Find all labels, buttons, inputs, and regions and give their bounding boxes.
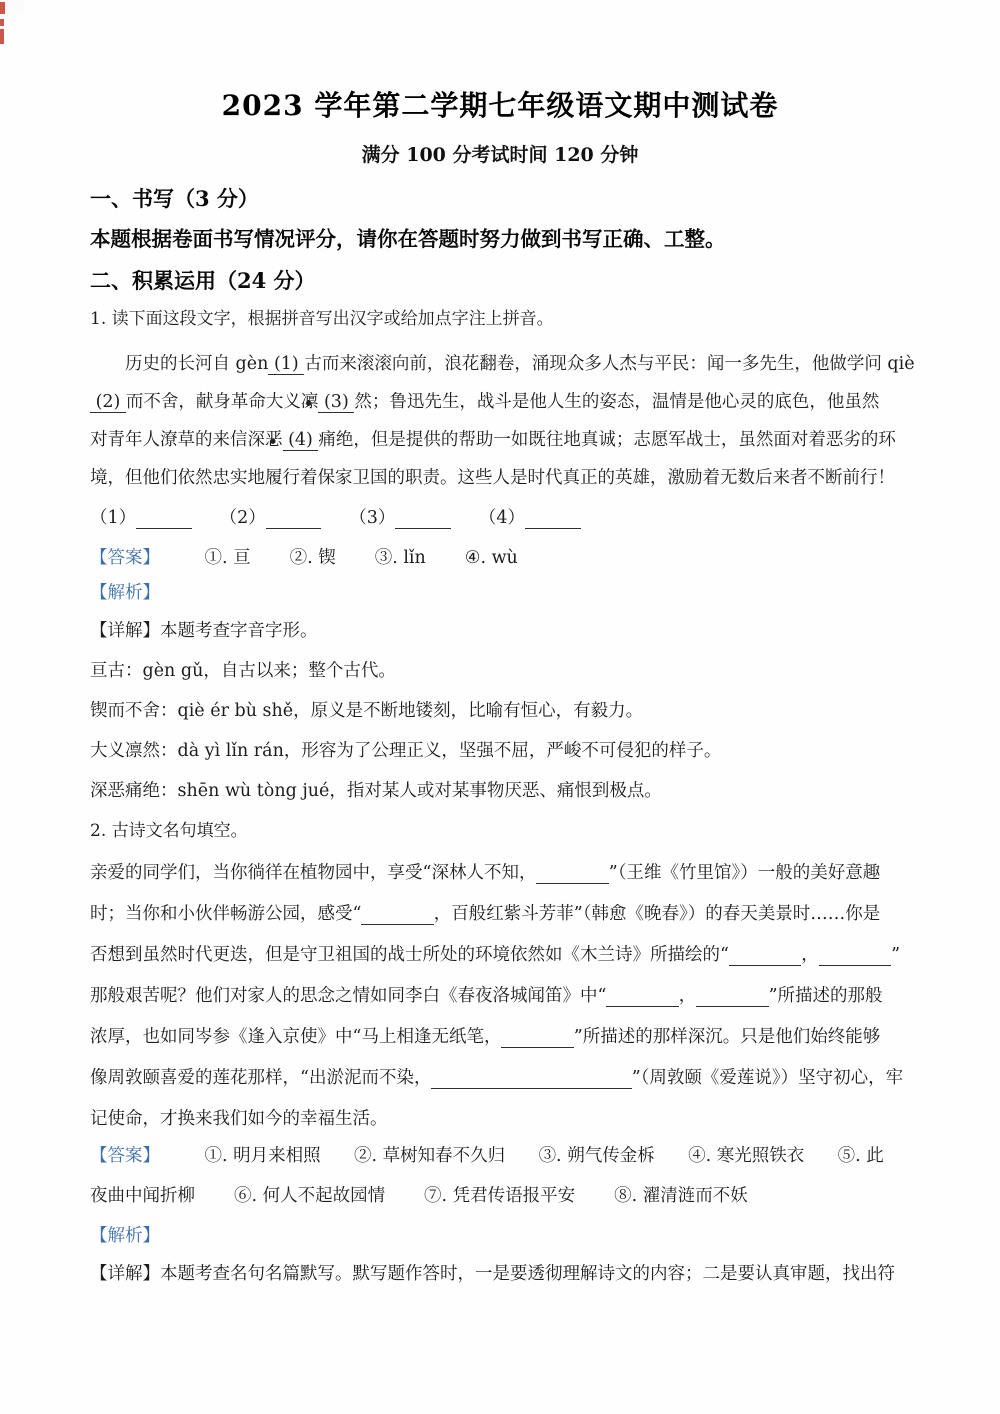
text-line: 对青年人潦草的来信深恶 (4) 痛绝，但是提供的帮助一如既往地真诚；志愿军战士，… bbox=[90, 421, 910, 459]
text-segment: ②. 锲 bbox=[290, 548, 336, 568]
text-segment bbox=[192, 508, 220, 528]
text-segment: 境，但他们依然忠实地履行着保家卫国的职责。这些人是时代真正的英雄，激励着无数后来… bbox=[90, 468, 895, 488]
text-segment: ⑤. 此 bbox=[838, 1146, 884, 1166]
text-line: 记使命，才换来我们如今的幸福生活。 bbox=[90, 1099, 910, 1140]
blank-underline bbox=[525, 508, 581, 529]
text-segment: （1） bbox=[90, 508, 136, 528]
q1-stem: 1. 读下面这段文字，根据拼音写出汉字或给加点字注上拼音。 bbox=[90, 307, 910, 331]
text-segment: 古而来滚滚向前，浪花翻卷，涌现众多人杰与平民：闻一多先生，他做学问 qiè bbox=[304, 354, 914, 374]
text-segment: ” bbox=[891, 945, 900, 965]
page-title: 2023 学年第二学期七年级语文期中测试卷 bbox=[90, 84, 910, 124]
page-subtitle: 满分 100 分考试时间 120 分钟 bbox=[90, 140, 910, 167]
text-segment: 痛绝，但是提供的帮助一如既往地真诚；志愿军战士，虽然面对着恶劣的环 bbox=[318, 430, 896, 450]
text-line: 亲爱的同学们，当你徜徉在植物园中，享受“深林人不知， ”（王维《竹里馆》）一般的… bbox=[90, 853, 910, 894]
text-segment: 那般艰苦呢？他们对家人的思念之情如同李白《春夜洛城闻笛》中“ bbox=[90, 986, 606, 1006]
text-segment: ，百般红紫斗芳菲”（韩愈《晚春》）的春天美景时……你是 bbox=[434, 904, 880, 924]
emphasis-dot-char: 恶 bbox=[265, 430, 283, 450]
text-segment: 像周敦颐喜爱的莲花那样，“出淤泥而不染， bbox=[90, 1068, 431, 1088]
text-line: （1） （2） （3） （4） bbox=[90, 503, 910, 533]
q2-jiexi-label: 【解析】 bbox=[90, 1224, 910, 1248]
q1-answer-row: 【答案】 ①. 亘 ②. 锲 ③. lǐn ④. wù bbox=[90, 543, 910, 573]
text-line: 时；当你和小伙伴畅游公园，感受“ ，百般红紫斗芳菲”（韩愈《晚春》）的春天美景时… bbox=[90, 894, 910, 935]
q1-gloss-shenwutongjue: 深恶痛绝：shēn wù tòng jué，指对某人或对某事物厌恶、痛恨到极点。 bbox=[90, 779, 910, 803]
text-segment bbox=[160, 548, 205, 568]
answer-label: 【答案】 bbox=[90, 548, 160, 568]
text-segment bbox=[160, 1146, 205, 1166]
q2-answer-rows: 【答案】 ①. 明月来相照 ②. 草树知春不久归 ③. 朔气传金柝 ④. 寒光照… bbox=[90, 1136, 910, 1216]
emphasis-dot-char: 凛 bbox=[301, 392, 319, 412]
q1-gloss-dayilinran: 大义凛然：dà yì lǐn rán，形容为了公理正义，坚强不屈，严峻不可侵犯的… bbox=[90, 739, 910, 763]
red-scan-artifact bbox=[0, 29, 4, 44]
blank-underline: (4) bbox=[283, 430, 319, 451]
text-line: 浓厚，也如同岑参《逢入京使》中“马上相逢无纸笔， ”所描述的那样深沉。只是他们始… bbox=[90, 1017, 910, 1058]
blank-underline bbox=[395, 508, 451, 529]
text-line: 像周敦颐喜爱的莲花那样，“出淤泥而不染， ”（周敦颐《爱莲说》）坚守初心，牢 bbox=[90, 1058, 910, 1099]
text-segment bbox=[385, 1186, 424, 1206]
text-segment bbox=[655, 1146, 688, 1166]
text-segment: ④. wù bbox=[465, 548, 518, 568]
text-segment: 时；当你和小伙伴畅游公园，感受“ bbox=[90, 904, 361, 924]
text-segment: 亲爱的同学们，当你徜徉在植物园中，享受“深林人不知， bbox=[90, 863, 536, 883]
text-segment bbox=[426, 548, 465, 568]
text-line: 【答案】 ①. 明月来相照 ②. 草树知春不久归 ③. 朔气传金柝 ④. 寒光照… bbox=[90, 1136, 910, 1176]
text-segment bbox=[505, 1146, 538, 1166]
text-segment bbox=[321, 508, 349, 528]
red-scan-artifact bbox=[0, 19, 4, 26]
text-line: 那般艰苦呢？他们对家人的思念之情如同李白《春夜洛城闻笛》中“ ， ”所描述的那般 bbox=[90, 976, 910, 1017]
text-segment: ④. 寒光照铁衣 bbox=[688, 1146, 804, 1166]
text-line: 夜曲中闻折柳 ⑥. 何人不起故园情 ⑦. 凭君传语报平安 ⑧. 濯清涟而不妖 bbox=[90, 1176, 910, 1216]
blank-underline bbox=[696, 986, 768, 1007]
text-segment: ⑧. 濯清涟而不妖 bbox=[614, 1186, 748, 1206]
blank-underline bbox=[729, 945, 801, 966]
blank-underline bbox=[819, 945, 891, 966]
blank-underline bbox=[431, 1068, 631, 1089]
blank-underline bbox=[136, 508, 192, 529]
red-scan-artifact bbox=[0, 2, 5, 14]
blank-underline bbox=[501, 1027, 573, 1048]
text-segment: 历史的长河自 gèn bbox=[125, 354, 268, 374]
text-segment: ， bbox=[801, 945, 819, 965]
blank-underline bbox=[536, 863, 608, 884]
blank-underline: (3) bbox=[318, 392, 354, 413]
text-segment: 然；鲁迅先生，战斗是他人生的姿态，温情是他心灵的底色，他虽然 bbox=[354, 392, 879, 412]
q2-passage: 亲爱的同学们，当你徜徉在植物园中，享受“深林人不知， ”（王维《竹里馆》）一般的… bbox=[90, 853, 910, 1140]
q1-passage: 历史的长河自 gèn (1) 古而来滚滚向前，浪花翻卷，涌现众多人杰与平民：闻一… bbox=[90, 345, 910, 497]
answer-label: 【答案】 bbox=[90, 1146, 160, 1166]
q1-blanks-row: （1） （2） （3） （4） bbox=[90, 503, 910, 533]
q1-gloss-gengu: 亘古：gèn gǔ，自古以来；整个古代。 bbox=[90, 659, 910, 683]
text-segment: ③. lǐn bbox=[375, 548, 426, 568]
text-line: (2) 而不舍，献身革命大义凛 (3) 然；鲁迅先生，战斗是他人生的姿态，温情是… bbox=[90, 383, 910, 421]
text-segment: ①. 亘 bbox=[205, 548, 251, 568]
text-segment: 否想到虽然时代更迭，但是守卫祖国的战士所处的环境依然如《木兰诗》所描绘的“ bbox=[90, 945, 729, 965]
section-writing-heading: 一、书写（3 分） bbox=[90, 185, 910, 213]
text-segment: 记使命，才换来我们如今的幸福生活。 bbox=[90, 1109, 388, 1129]
q2-stem: 2. 古诗文名句填空。 bbox=[90, 819, 910, 843]
text-segment bbox=[575, 1186, 614, 1206]
text-segment: ”所描述的那样深沉。只是他们始终能够 bbox=[574, 1027, 880, 1047]
text-segment: ③. 朔气传金柝 bbox=[539, 1146, 655, 1166]
blank-underline bbox=[266, 508, 322, 529]
text-line: 否想到虽然时代更迭，但是守卫祖国的战士所处的环境依然如《木兰诗》所描绘的“ ， … bbox=[90, 935, 910, 976]
text-line: 境，但他们依然忠实地履行着保家卫国的职责。这些人是时代真正的英雄，激励着无数后来… bbox=[90, 459, 910, 497]
q1-xiangjie: 【详解】本题考查字音字形。 bbox=[90, 619, 910, 643]
text-segment bbox=[804, 1146, 837, 1166]
text-segment: 夜曲中闻折柳 bbox=[90, 1186, 195, 1206]
text-segment: （3） bbox=[349, 508, 395, 528]
section-accumulation-heading: 二、积累运用（24 分） bbox=[90, 267, 910, 295]
text-line: 【答案】 ①. 亘 ②. 锲 ③. lǐn ④. wù bbox=[90, 543, 910, 573]
text-segment bbox=[321, 1146, 354, 1166]
text-segment bbox=[195, 1186, 234, 1206]
q1-gloss-qieerbushe: 锲而不舍：qiè ér bù shě，原义是不断地镂刻，比喻有恒心，有毅力。 bbox=[90, 699, 910, 723]
text-segment bbox=[451, 508, 479, 528]
blank-underline: (2) bbox=[90, 392, 126, 413]
text-segment: （4） bbox=[479, 508, 525, 528]
q1-jiexi-label: 【解析】 bbox=[90, 581, 910, 605]
writing-note: 本题根据卷面书写情况评分，请你在答题时努力做到书写正确、工整。 bbox=[90, 225, 910, 253]
q2-xiangjie: 【详解】本题考查名句名篇默写。默写题作答时，一是要透彻理解诗文的内容；二是要认真… bbox=[90, 1262, 910, 1286]
text-segment: ”（周敦颐《爱莲说》）坚守初心，牢 bbox=[632, 1068, 903, 1088]
text-segment bbox=[336, 548, 375, 568]
text-line: 历史的长河自 gèn (1) 古而来滚滚向前，浪花翻卷，涌现众多人杰与平民：闻一… bbox=[90, 345, 910, 383]
text-segment: ⑦. 凭君传语报平安 bbox=[424, 1186, 575, 1206]
text-segment: ②. 草树知春不久归 bbox=[354, 1146, 505, 1166]
blank-underline bbox=[361, 904, 433, 925]
blank-underline bbox=[606, 986, 678, 1007]
text-segment: ”（王维《竹里馆》）一般的美好意趣 bbox=[609, 863, 880, 883]
text-segment: 浓厚，也如同岑参《逢入京使》中“马上相逢无纸笔， bbox=[90, 1027, 501, 1047]
exam-paper-page: 2023 学年第二学期七年级语文期中测试卷 满分 100 分考试时间 120 分… bbox=[0, 0, 1000, 1414]
text-segment: ⑥. 何人不起故园情 bbox=[234, 1186, 385, 1206]
text-segment: ， bbox=[679, 986, 697, 1006]
text-segment: （2） bbox=[220, 508, 266, 528]
text-segment: 对青年人潦草的来信深 bbox=[90, 430, 265, 450]
text-segment: ”所描述的那般 bbox=[769, 986, 883, 1006]
blank-underline: (1) bbox=[268, 354, 304, 375]
text-segment bbox=[251, 548, 290, 568]
text-segment: ①. 明月来相照 bbox=[205, 1146, 321, 1166]
text-segment: 而不舍，献身革命大义 bbox=[126, 392, 301, 412]
